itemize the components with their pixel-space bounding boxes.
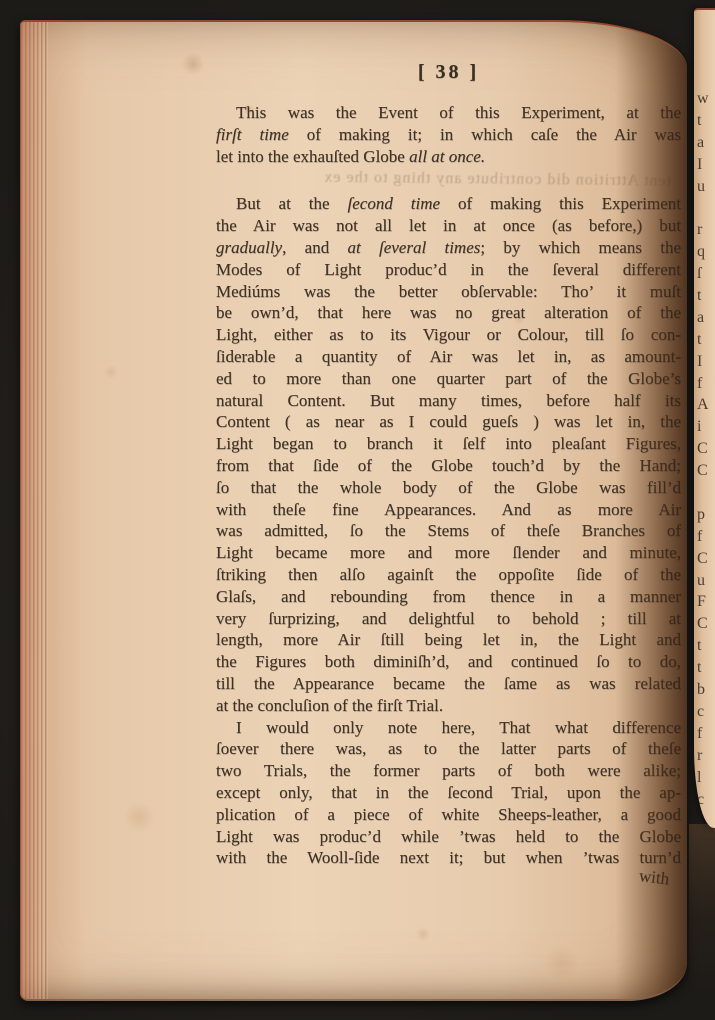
edge-letter: w bbox=[697, 88, 715, 110]
text-line: till the Appearance became the ſame as w… bbox=[216, 673, 681, 695]
text-segment: Light, either as to its Vigour or Colour… bbox=[216, 325, 681, 344]
text-line: ſtriking then alſo againſt the oppoſite … bbox=[216, 564, 681, 586]
text-line: But at the ſecond time of making this Ex… bbox=[216, 193, 681, 215]
text-segment: Content ( as near as I could gueſs ) was… bbox=[216, 412, 681, 431]
text-segment: of making this Experiment bbox=[440, 194, 681, 213]
edge-letter: I bbox=[697, 154, 715, 176]
edge-letter: f bbox=[697, 526, 715, 548]
text-segment: with theſe fine Appearances. And as more… bbox=[216, 500, 681, 519]
paragraph: This was the Event of this Experiment, a… bbox=[216, 102, 681, 167]
text-segment: ſo that the whole body of the Globe was … bbox=[216, 478, 681, 497]
paragraph: But at the ſecond time of making this Ex… bbox=[216, 193, 681, 716]
text-block: [ 38 ] This was the Event of this Experi… bbox=[216, 62, 681, 892]
edge-letter: C bbox=[697, 438, 715, 460]
page-corner-curl bbox=[689, 824, 715, 994]
next-page-sliver: wtaIurqſtatIfAiCCpfCuFCttbcfrlcr bbox=[694, 8, 715, 828]
italic-text-segment: firſt time bbox=[216, 125, 289, 144]
edge-letter: C bbox=[697, 548, 715, 570]
text-segment: of making it; in which caſe the Air was bbox=[289, 125, 681, 144]
edge-letter: a bbox=[697, 132, 715, 154]
text-segment: Modes of Light produc’d in the ſeveral d… bbox=[216, 260, 681, 279]
edge-letter: F bbox=[697, 591, 715, 613]
text-line: was admitted, ſo the Stems of theſe Bran… bbox=[216, 520, 681, 542]
text-line: Modes of Light produc’d in the ſeveral d… bbox=[216, 259, 681, 281]
text-line: Light became more and more ſlender and m… bbox=[216, 542, 681, 564]
text-segment: at the concluſion of the firſt Trial. bbox=[216, 696, 443, 715]
text-segment: till the Appearance became the ſame as w… bbox=[216, 674, 681, 693]
text-segment: very ſurprizing, and delightful to behol… bbox=[216, 609, 681, 628]
text-line: at the concluſion of the firſt Trial. bbox=[216, 695, 681, 717]
text-segment: from that ſide of the Globe touch’d by t… bbox=[216, 456, 681, 475]
edge-letter: i bbox=[697, 416, 715, 438]
text-line: from that ſide of the Globe touch’d by t… bbox=[216, 455, 681, 477]
text-line: let into the exhauſted Globe all at once… bbox=[216, 146, 681, 168]
text-line: This was the Event of this Experiment, a… bbox=[216, 102, 681, 124]
page-edge-stripes bbox=[21, 22, 48, 999]
edge-letter bbox=[697, 197, 715, 219]
text-line: ſo that the whole body of the Globe was … bbox=[216, 477, 681, 499]
text-line: length, more Air ſtill being let in, the… bbox=[216, 629, 681, 651]
edge-letter: ſ bbox=[697, 263, 715, 285]
italic-text-segment: gradually bbox=[216, 238, 282, 257]
italic-text-segment: all at once. bbox=[409, 147, 485, 166]
text-segment: ſoever there was, as to the latter parts… bbox=[216, 739, 681, 758]
edge-letter: I bbox=[697, 351, 715, 373]
text-segment: Light became more and more ſlender and m… bbox=[216, 543, 681, 562]
edge-letter: C bbox=[697, 460, 715, 482]
text-line: Content ( as near as I could gueſs ) was… bbox=[216, 411, 681, 433]
italic-text-segment: at ſeveral times bbox=[347, 238, 480, 257]
text-segment: length, more Air ſtill being let in, the… bbox=[216, 630, 681, 649]
text-line: very ſurprizing, and delightful to behol… bbox=[216, 608, 681, 630]
text-line: ſiderable a quantity of Air was let in, … bbox=[216, 346, 681, 368]
text-line: the Figures both diminiſh’d, and continu… bbox=[216, 651, 681, 673]
edge-letter: t bbox=[697, 110, 715, 132]
text-line: except only, that in the ſecond Trial, u… bbox=[216, 782, 681, 804]
text-line: I would only note here, That what differ… bbox=[216, 717, 681, 739]
text-line: with theſe fine Appearances. And as more… bbox=[216, 499, 681, 521]
text-segment: two Trials, the former parts of both wer… bbox=[216, 761, 681, 780]
edge-letter: t bbox=[697, 285, 715, 307]
edge-letter: r bbox=[697, 745, 715, 767]
page-number-header: [ 38 ] bbox=[216, 62, 681, 92]
text-segment: let into the exhauſted Globe bbox=[216, 147, 409, 166]
edge-letter: p bbox=[697, 504, 715, 526]
edge-letter: q bbox=[697, 241, 715, 263]
text-segment: ſiderable a quantity of Air was let in, … bbox=[216, 347, 681, 366]
edge-letter: C bbox=[697, 613, 715, 635]
text-line: Glaſs, and rebounding from thence in a m… bbox=[216, 586, 681, 608]
text-segment: I would only note here, That what differ… bbox=[236, 718, 681, 737]
text-segment: ; by which means the bbox=[480, 238, 681, 257]
text-line: Light, either as to its Vigour or Colour… bbox=[216, 324, 681, 346]
edge-letter: t bbox=[697, 329, 715, 351]
text-segment: But at the bbox=[236, 194, 348, 213]
edge-letter: c bbox=[697, 701, 715, 723]
edge-letter: u bbox=[697, 570, 715, 592]
paragraphs-container: This was the Event of this Experiment, a… bbox=[216, 102, 681, 869]
text-line: ed to more than one quarter part of the … bbox=[216, 368, 681, 390]
edge-letter: l bbox=[697, 767, 715, 789]
text-line: two Trials, the former parts of both wer… bbox=[216, 760, 681, 782]
edge-letter: t bbox=[697, 657, 715, 679]
scanned-book-page: tent Attrition did contribute any thing … bbox=[0, 0, 715, 1020]
edge-letter: u bbox=[697, 176, 715, 198]
text-segment: natural Content. But many times, before … bbox=[216, 391, 681, 410]
italic-text-segment: ſecond time bbox=[348, 194, 441, 213]
edge-letter: f bbox=[697, 723, 715, 745]
text-line: the Air was not all let in at once (as b… bbox=[216, 215, 681, 237]
edge-letter: c bbox=[697, 789, 715, 811]
text-segment: This was the Event of this Experiment, a… bbox=[236, 103, 681, 122]
text-segment: Glaſs, and rebounding from thence in a m… bbox=[216, 587, 681, 606]
text-segment: the Air was not all let in at once (as b… bbox=[216, 216, 681, 235]
edge-letter bbox=[697, 482, 715, 504]
text-line: ſoever there was, as to the latter parts… bbox=[216, 738, 681, 760]
edge-letter: A bbox=[697, 394, 715, 416]
text-segment: except only, that in the ſecond Trial, u… bbox=[216, 783, 681, 802]
edge-letter: t bbox=[697, 635, 715, 657]
text-line: be own’d, that here was no great alterat… bbox=[216, 302, 681, 324]
text-segment: Light began to branch it ſelf into pleaſ… bbox=[216, 434, 681, 453]
book-page: tent Attrition did contribute any thing … bbox=[20, 20, 687, 1001]
text-segment: ſtriking then alſo againſt the oppoſite … bbox=[216, 565, 681, 584]
text-line: Light began to branch it ſelf into pleaſ… bbox=[216, 433, 681, 455]
edge-letter: a bbox=[697, 307, 715, 329]
text-segment: ed to more than one quarter part of the … bbox=[216, 369, 681, 388]
edge-letter: b bbox=[697, 679, 715, 701]
text-segment: the Figures both diminiſh’d, and continu… bbox=[216, 652, 681, 671]
edge-letter: r bbox=[697, 219, 715, 241]
edge-letter: f bbox=[697, 373, 715, 395]
text-segment: was admitted, ſo the Stems of theſe Bran… bbox=[216, 521, 681, 540]
text-line: Mediúms was the better obſervable: Tho’ … bbox=[216, 281, 681, 303]
text-segment: be own’d, that here was no great alterat… bbox=[216, 303, 681, 322]
text-line: firſt time of making it; in which caſe t… bbox=[216, 124, 681, 146]
text-line: natural Content. But many times, before … bbox=[216, 390, 681, 412]
next-page-edge-text: wtaIurqſtatIfAiCCpfCuFCttbcfrlcr bbox=[694, 10, 715, 828]
text-line: gradually, and at ſeveral times; by whic… bbox=[216, 237, 681, 259]
text-segment: Mediúms was the better obſervable: Tho’ … bbox=[216, 282, 681, 301]
text-segment: , and bbox=[282, 238, 347, 257]
